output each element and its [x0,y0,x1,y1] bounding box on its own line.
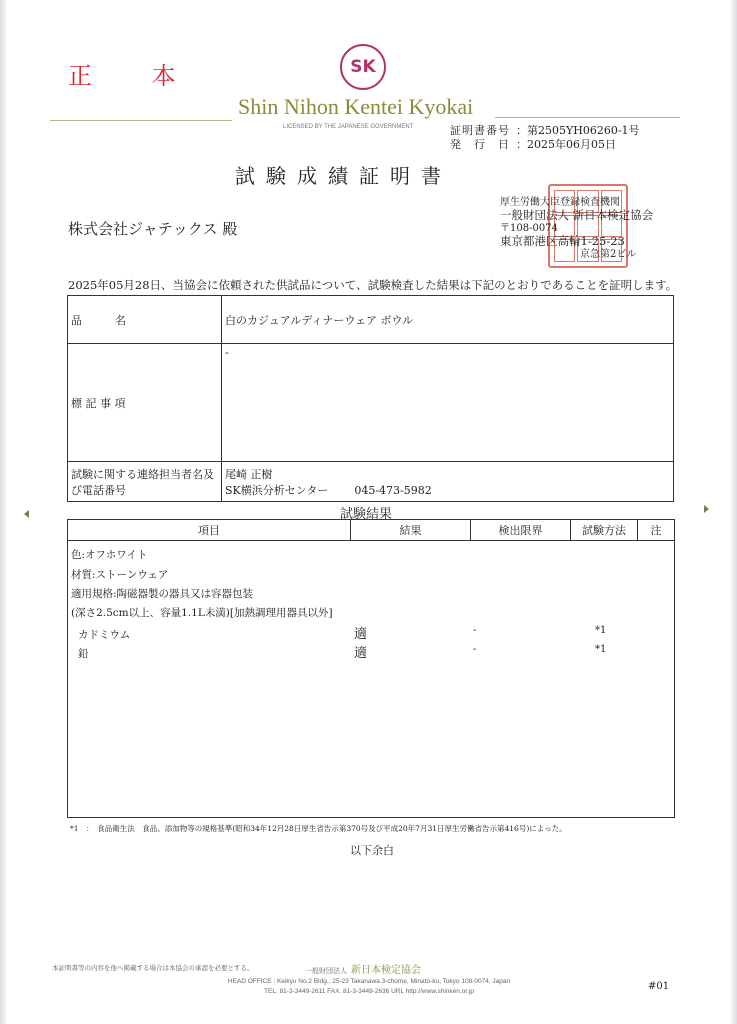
licensed-tagline: LICENSED BY THE JAPANESE GOVERNMENT [283,124,413,130]
sample-info-table: 品 名 白のカジュアルディナーウェア ボウル 標 記 事 項 - 試験に関する連… [67,295,674,502]
results-table: 項目 結果 検出限界 試験方法 注 色:オフホワイト 材質:ストーンウェア 適用… [67,519,675,818]
contact-value: 尾崎 正樹 SK横浜分析センター045-473-5982 [222,462,674,502]
footer-org: 一般財団法人新日本検定協会 [305,961,421,976]
divider [495,117,680,118]
col-note: 注 [638,520,675,541]
issuer-block: 厚生労働大臣登録検査機関 一般財団法人 新日本検定協会 〒108-0074 東京… [500,196,653,261]
footer-org-name: 新日本検定協会 [351,965,421,976]
issuer-name: 一般財団法人 新日本検定協会 [500,209,653,222]
row-item-cadmium: カドミウム [78,627,130,642]
desc-standard: 適用規格:陶磁器製の器具又は容器包装 [71,586,253,601]
cert-number-value: ：第2505YH06260-1号 [516,124,640,138]
issue-date-label: 発 行 日 [450,138,516,152]
desc-color: 色:オフホワイト [71,547,147,562]
page-edge-right [731,0,737,1024]
brand-name: Shin Nihon Kentei Kyokai [238,94,473,120]
row-limit-lead: - [473,644,476,655]
certificate-meta: 証明書番号：第2505YH06260-1号 発 行 日：2025年06月05日 [450,124,640,152]
product-label: 品 名 [68,296,222,344]
col-result: 結果 [351,520,471,541]
footer-address: HEAD OFFICE : Keikyu No.2 Bldg., 25-23 T… [184,977,554,987]
row-method-lead: *1 [595,644,606,655]
cert-number-label: 証明書番号 [450,124,516,138]
page-edge-left [0,0,6,1024]
desc-material: 材質:ストーンウェア [71,567,168,582]
footer-note: 本証明書等の内容を他へ掲載する場合は本協会の承認を必要とする。 [52,963,254,972]
results-body: 色:オフホワイト 材質:ストーンウェア 適用規格:陶磁器製の器具又は容器包装 (… [68,541,675,818]
contact-center: SK横浜分析センター [225,484,328,497]
col-item: 項目 [68,520,351,541]
footer-org-prefix: 一般財団法人 [305,967,347,975]
fold-mark-right-icon [704,505,709,513]
intro-statement: 2025年05月28日、当協会に依頼された供試品について、試験検査した結果は下記… [68,277,677,293]
divider [50,120,232,121]
footer-contact: TEL. 81-3-3449-2611 FAX. 81-3-3449-2636 … [184,987,554,997]
product-value: 白のカジュアルディナーウェア ボウル [222,296,674,344]
end-of-text: 以下余白 [350,842,394,858]
addressee: 株式会社ジャテックス 殿 [68,218,237,239]
footnote: *1 ： 食品衛生法 食品、添加物等の規格基準(昭和34年12月28日厚生省告示… [70,823,567,834]
issuer-address: 東京都港区高輪1-25-23 [500,235,653,248]
row-item-lead: 鉛 [78,646,89,661]
page-code: #01 [648,981,669,992]
marking-value: - [222,344,674,462]
issuer-building: 京急第2ビル [500,248,653,261]
fold-mark-left-icon [24,510,29,518]
marking-label: 標 記 事 項 [68,344,222,462]
row-method-cadmium: *1 [595,625,606,636]
footer-address-block: HEAD OFFICE : Keikyu No.2 Bldg., 25-23 T… [184,977,554,997]
document-title: 試験成績証明書 [235,160,452,189]
contact-phone: 045-473-5982 [354,484,431,497]
desc-scope: (深さ2.5cm以上、容量1.1L未満)[加熱調理用器具以外] [71,605,333,620]
contact-name: 尾崎 正樹 [225,466,670,482]
issue-date-value: ：2025年06月05日 [516,138,616,152]
original-copy-stamp: 正 本 [68,56,202,91]
row-limit-cadmium: - [473,625,476,636]
contact-label: 試験に関する連絡担当者名及び電話番号 [68,462,222,502]
col-detection-limit: 検出限界 [471,520,571,541]
sk-logo-icon: SK [340,44,386,90]
row-result-cadmium: 適 [354,623,367,642]
col-test-method: 試験方法 [571,520,638,541]
row-result-lead: 適 [354,642,367,661]
